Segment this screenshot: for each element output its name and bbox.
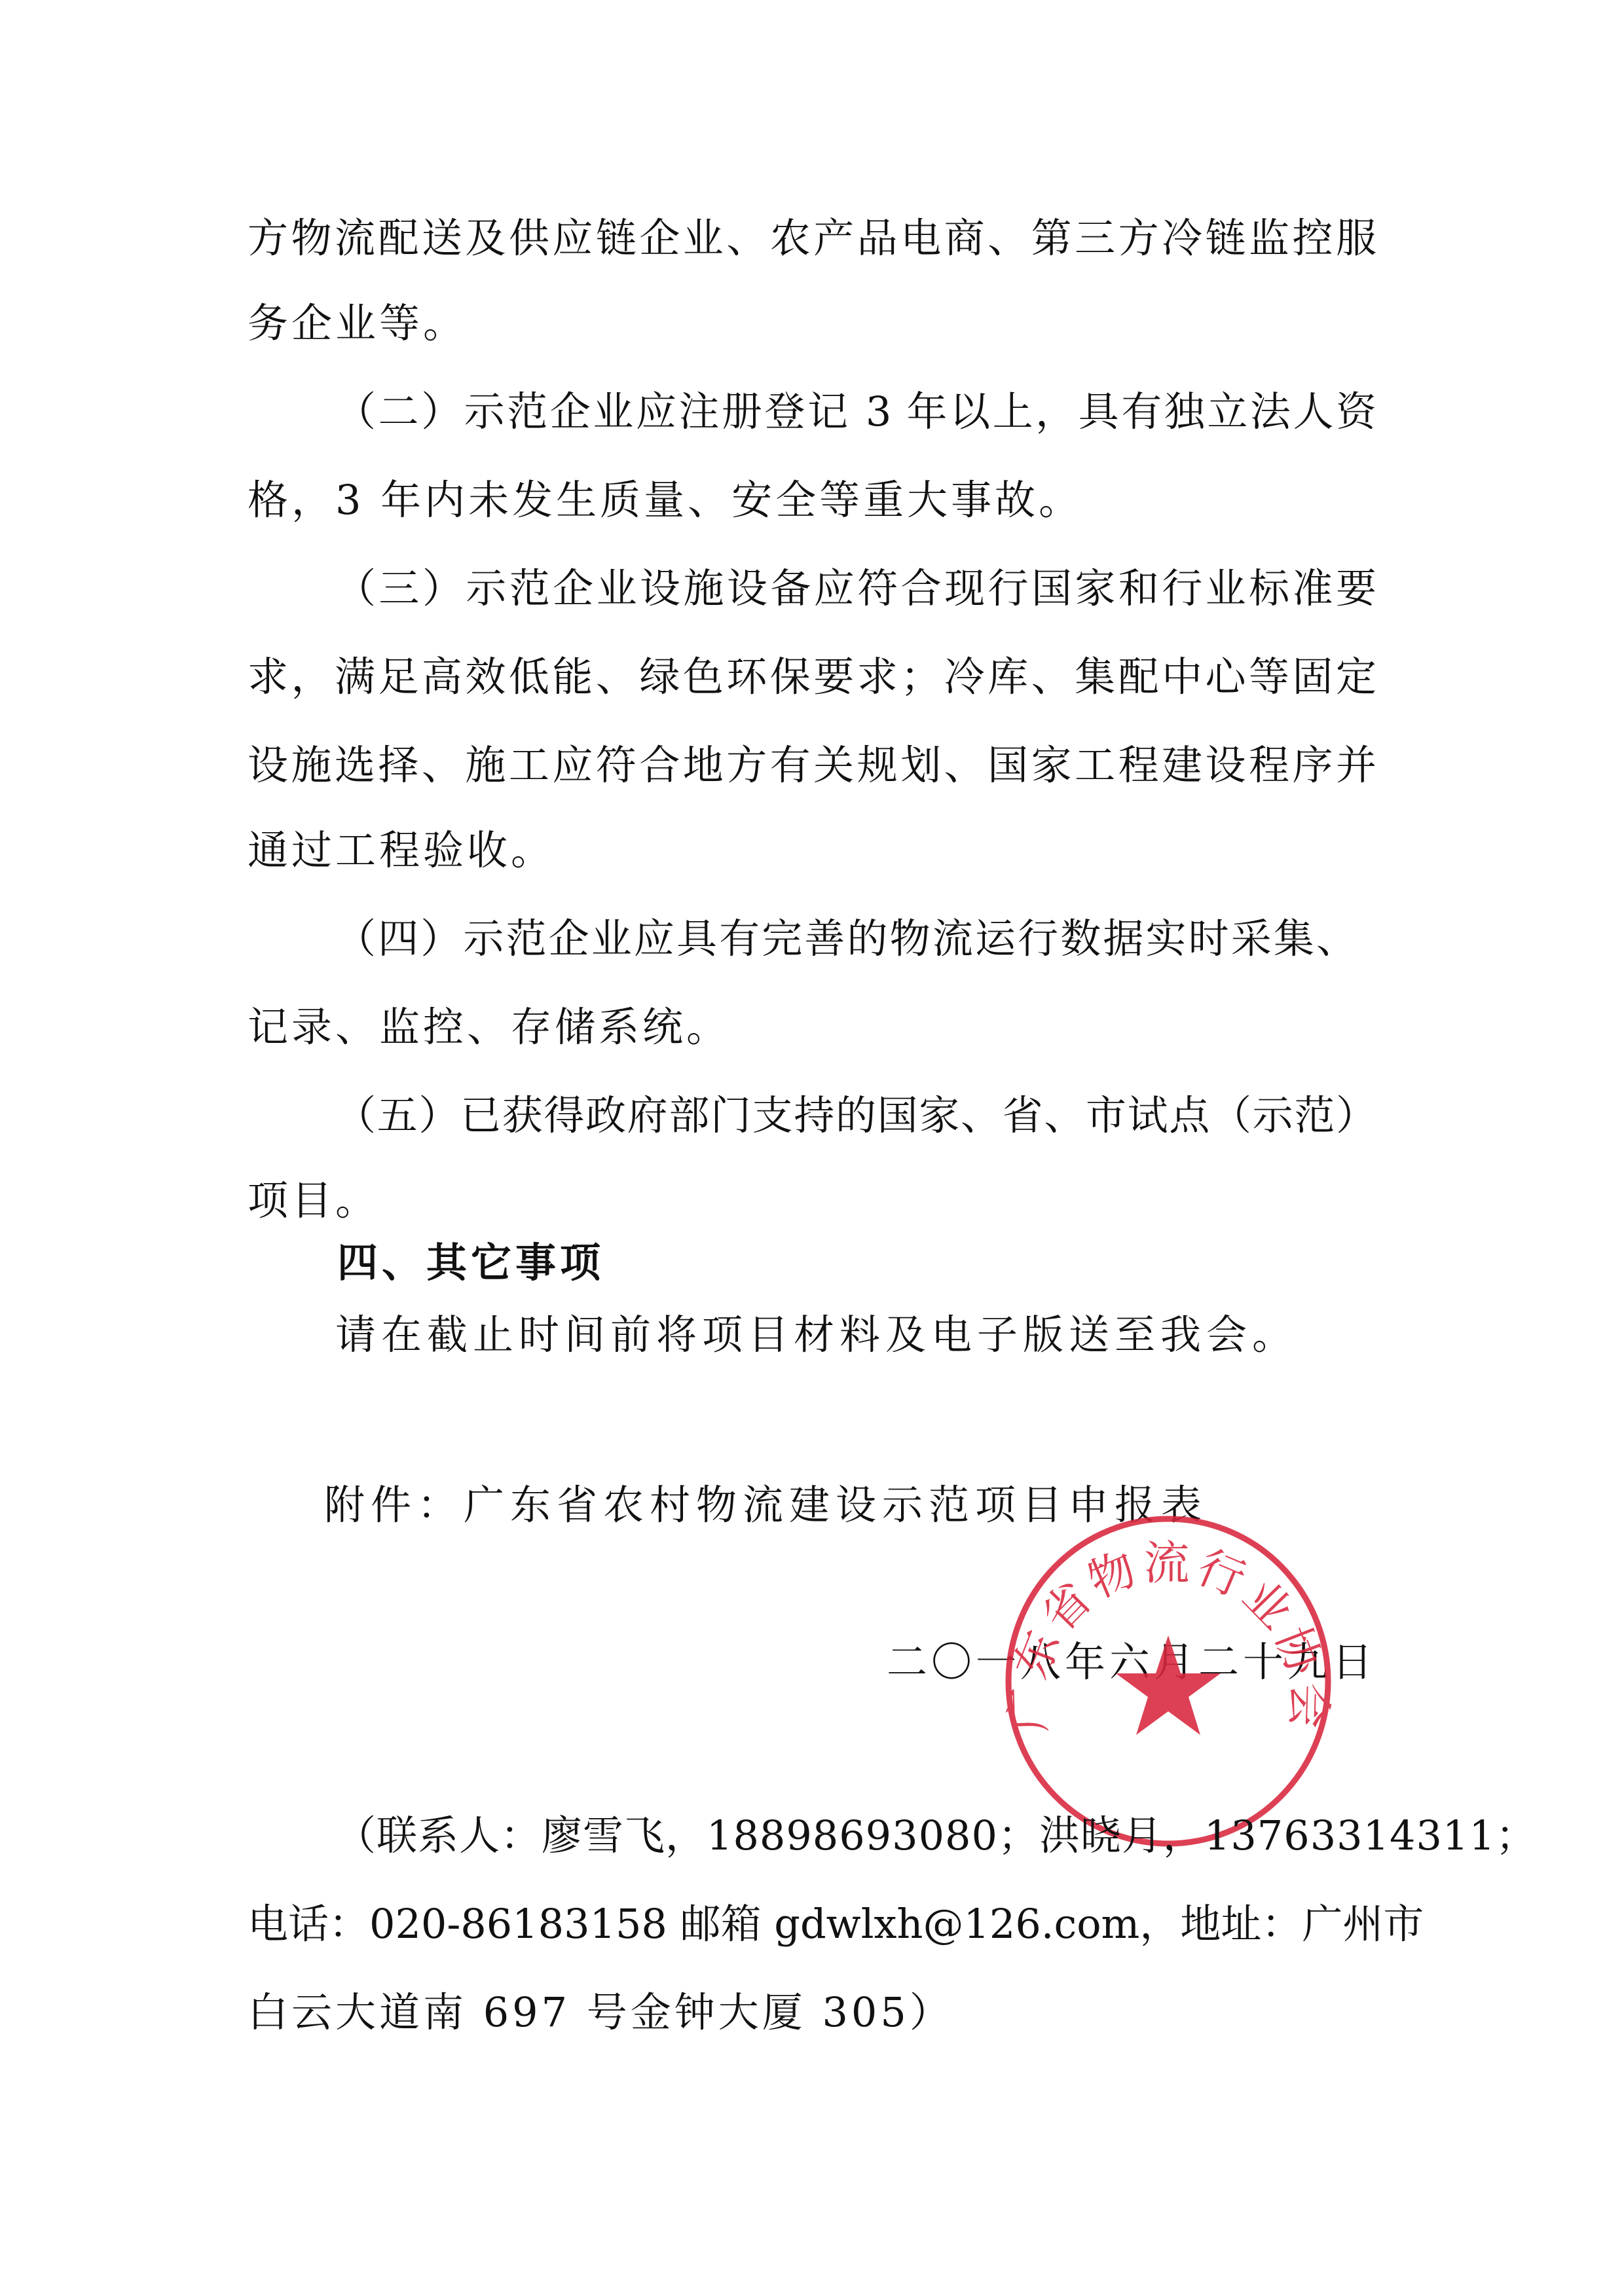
- contact-line: （联系人：廖雪飞，18898693080；洪晓月，13763314311；: [335, 1812, 1376, 1859]
- criterion-3-line: 求，满足高效低能、绿色环保要求；冷库、集配中心等固定: [248, 653, 1376, 701]
- criterion-4-line: （四）示范企业应具有完善的物流运行数据实时采集、: [335, 915, 1357, 962]
- criterion-3-line: 通过工程验收。: [248, 827, 555, 874]
- criterion-5-line: （五）已获得政府部门支持的国家、省、市试点（示范）: [335, 1092, 1376, 1139]
- section-heading: 四、其它事项: [337, 1239, 604, 1286]
- criterion-2-line: 格，3 年内未发生质量、安全等重大事故。: [248, 477, 1082, 524]
- criterion-3-line: 设施选择、施工应符合地方有关规划、国家工程建设程序并: [248, 742, 1376, 789]
- star-icon: [1116, 1635, 1221, 1735]
- criterion-5-line: 项目。: [248, 1177, 379, 1224]
- paragraph-line: 务企业等。: [248, 300, 467, 347]
- document-page: 方物流配送及供应链企业、农产品电商、第三方冷链监控服 务企业等。 （二）示范企业…: [0, 0, 1624, 2296]
- section-body: 请在截止时间前将项目材料及电子版送至我会。: [335, 1311, 1298, 1358]
- criterion-2-line: （二）示范企业应注册登记 3 年以上，具有独立法人资: [335, 388, 1376, 435]
- contact-line: 白云大道南 697 号金钟大厦 305）: [248, 1989, 953, 2036]
- contact-line: 电话：020-86183158 邮箱 gdwlxh@126.com，地址：广州市: [248, 1901, 1376, 1948]
- official-seal-stamp: 广东省物流行业协会: [1003, 1514, 1334, 1848]
- criterion-4-line: 记录、监控、存储系统。: [248, 1004, 730, 1051]
- paragraph-line: 方物流配送及供应链企业、农产品电商、第三方冷链监控服: [248, 215, 1376, 262]
- criterion-3-line: （三）示范企业设施设备应符合现行国家和行业标准要: [335, 565, 1376, 612]
